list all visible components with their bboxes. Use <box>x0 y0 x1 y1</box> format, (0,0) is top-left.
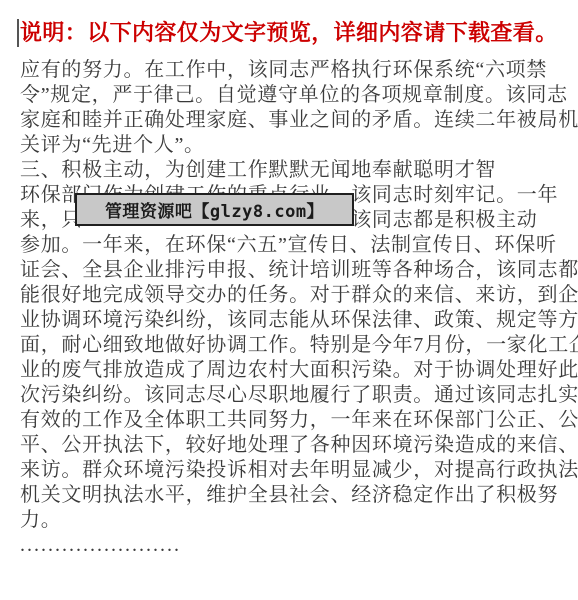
document-line: 来访。群众环境污染投诉相对去年明显减少，对提高行政执法 <box>20 458 565 483</box>
watermark-text: 管理资源吧【glzy8.com】 <box>105 197 324 222</box>
document-section-heading: 三、积极主动，为创建工作默默无闻地奉献聪明才智 <box>20 158 565 183</box>
document-line: 能很好地完成领导交办的任务。对于群众的来信、来访，到企 <box>20 283 565 308</box>
document-preview-page: 说明：以下内容仅为文字预览，详细内容请下载查看。 应有的努力。在工作中，该同志严… <box>0 0 578 600</box>
document-body: 应有的努力。在工作中，该同志严格执行环保系统“六项禁 令”规定，严于律己。自觉遵… <box>20 58 565 558</box>
document-line: 有效的工作及全体职工共同努力，一年来在环保部门公正、公 <box>20 408 565 433</box>
document-line: 家庭和睦并正确处理家庭、事业之间的矛盾。连续二年被局机 <box>20 108 565 133</box>
document-ellipsis-line: ....................... <box>20 533 565 558</box>
preview-notice: 说明：以下内容仅为文字预览，详细内容请下载查看。 <box>20 16 558 47</box>
document-line: 业协调环境污染纠纷，该同志能从环保法律、政策、规定等方 <box>20 308 565 333</box>
document-line: 参加。一年来，在环保“六五”宣传日、法制宣传日、环保听 <box>20 233 565 258</box>
document-line: 令”规定，严于律己。自觉遵守单位的各项规章制度。该同志 <box>20 83 565 108</box>
document-line: 机关文明执法水平，维护全县社会、经济稳定作出了积极努 <box>20 483 565 508</box>
watermark-box: 管理资源吧【glzy8.com】 <box>75 193 354 226</box>
document-line: 关评为“先进个人”。 <box>20 133 565 158</box>
document-line: 面，耐心细致地做好协调工作。特别是今年7月份，一家化工企 <box>20 333 565 358</box>
document-line: 平、公开执法下，较好地处理了各种因环境污染造成的来信、 <box>20 433 565 458</box>
document-line: 应有的努力。在工作中，该同志严格执行环保系统“六项禁 <box>20 58 565 83</box>
document-line: 业的废气排放造成了周边农村大面积污染。对于协调处理好此 <box>20 358 565 383</box>
text-caret <box>17 19 19 47</box>
document-line: 次污染纠纷。该同志尽心尽职地履行了职责。通过该同志扎实 <box>20 383 565 408</box>
document-line: 力。 <box>20 508 565 533</box>
document-line: 证会、全县企业排污申报、统计培训班等各种场合，该同志都 <box>20 258 565 283</box>
